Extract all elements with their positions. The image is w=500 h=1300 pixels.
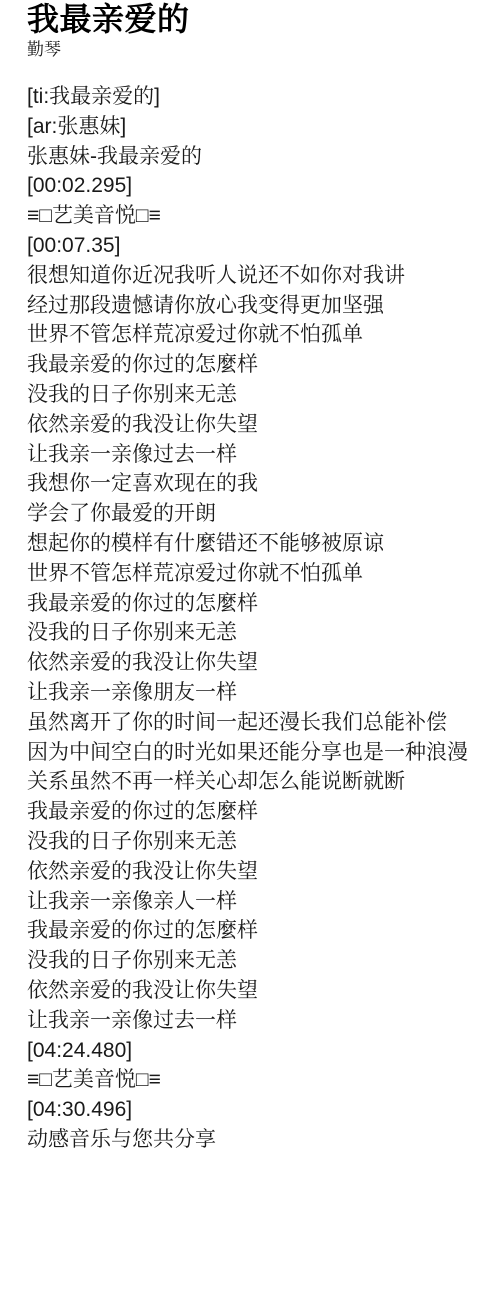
lyric-line: 让我亲一亲像朋友一样 bbox=[27, 678, 490, 708]
uploader-name: 勤琴 bbox=[27, 38, 490, 62]
lyric-line: 让我亲一亲像亲人一样 bbox=[27, 887, 490, 917]
lyric-line: 世界不管怎样荒凉爱过你就不怕孤单 bbox=[27, 559, 490, 589]
lyric-line: 张惠妹-我最亲爱的 bbox=[27, 142, 490, 172]
page-title: 我最亲爱的 bbox=[27, 0, 490, 38]
lyric-line: 虽然离开了你的时间一起还漫长我们总能补偿 bbox=[27, 708, 490, 738]
lyric-line: 我最亲爱的你过的怎麼样 bbox=[27, 589, 490, 619]
lyric-line: 让我亲一亲像过去一样 bbox=[27, 1006, 490, 1036]
lyric-line: 我最亲爱的你过的怎麼样 bbox=[27, 797, 490, 827]
lyric-line: 没我的日子你别来无恙 bbox=[27, 946, 490, 976]
lyric-line: 我想你一定喜欢现在的我 bbox=[27, 469, 490, 499]
lyric-line: [04:30.496] bbox=[27, 1095, 490, 1125]
lyric-line: [04:24.480] bbox=[27, 1036, 490, 1066]
lyrics-body: [ti:我最亲爱的][ar:张惠妹]张惠妹-我最亲爱的[00:02.295]≡□… bbox=[27, 82, 490, 1155]
lyric-line: [00:07.35] bbox=[27, 231, 490, 261]
lyric-line: [ti:我最亲爱的] bbox=[27, 82, 490, 112]
lyric-line: 很想知道你近况我听人说还不如你对我讲 bbox=[27, 261, 490, 291]
lyric-line: 依然亲爱的我没让你失望 bbox=[27, 857, 490, 887]
lyric-line: 世界不管怎样荒凉爱过你就不怕孤单 bbox=[27, 320, 490, 350]
lyric-line: 依然亲爱的我没让你失望 bbox=[27, 648, 490, 678]
lyric-line: 动感音乐与您共分享 bbox=[27, 1125, 490, 1155]
lyric-line: 学会了你最爱的开朗 bbox=[27, 499, 490, 529]
lyric-line: 依然亲爱的我没让你失望 bbox=[27, 976, 490, 1006]
lyric-line: 让我亲一亲像过去一样 bbox=[27, 440, 490, 470]
lyric-line: 关系虽然不再一样关心却怎么能说断就断 bbox=[27, 767, 490, 797]
lyric-line: [00:02.295] bbox=[27, 171, 490, 201]
lyric-line: [ar:张惠妹] bbox=[27, 112, 490, 142]
lyric-line: 想起你的模样有什麼错还不能够被原谅 bbox=[27, 529, 490, 559]
lyric-line: 没我的日子你别来无恙 bbox=[27, 827, 490, 857]
lyric-line: 没我的日子你别来无恙 bbox=[27, 380, 490, 410]
lyric-line: ≡□艺美音悦□≡ bbox=[27, 201, 490, 231]
lyrics-page: 我最亲爱的 勤琴 [ti:我最亲爱的][ar:张惠妹]张惠妹-我最亲爱的[00:… bbox=[0, 0, 500, 1155]
lyric-line: 我最亲爱的你过的怎麼样 bbox=[27, 350, 490, 380]
lyric-line: 经过那段遗憾请你放心我变得更加坚强 bbox=[27, 291, 490, 321]
lyric-line: ≡□艺美音悦□≡ bbox=[27, 1065, 490, 1095]
lyric-line: 因为中间空白的时光如果还能分享也是一种浪漫 bbox=[27, 738, 490, 768]
lyric-line: 我最亲爱的你过的怎麼样 bbox=[27, 916, 490, 946]
lyric-line: 没我的日子你别来无恙 bbox=[27, 618, 490, 648]
lyric-line: 依然亲爱的我没让你失望 bbox=[27, 410, 490, 440]
